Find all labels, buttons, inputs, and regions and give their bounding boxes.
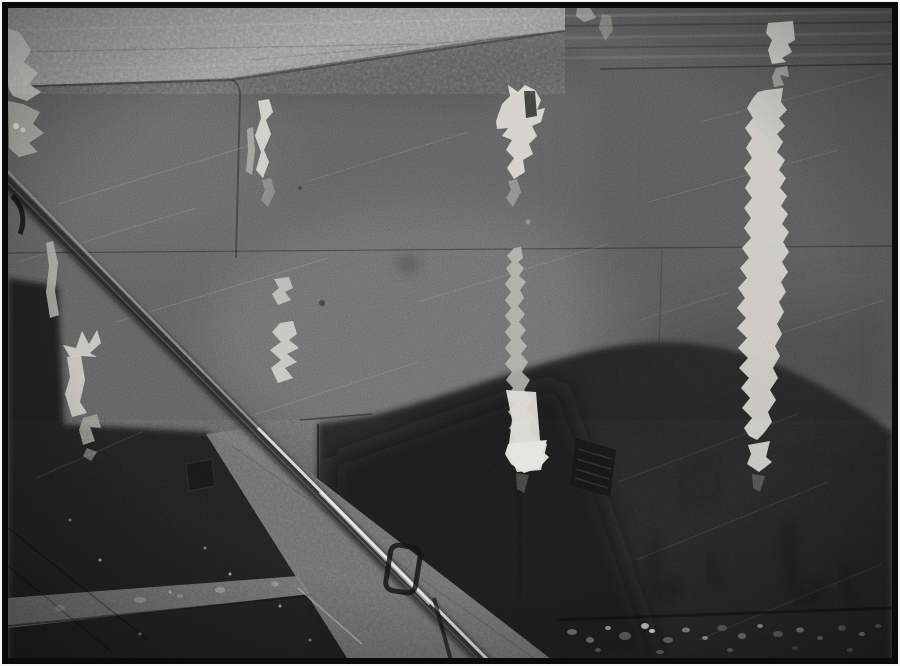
scene-layer (4, 8, 892, 666)
photograph (0, 0, 900, 666)
vignette (8, 8, 892, 658)
photo-frame (0, 0, 900, 666)
